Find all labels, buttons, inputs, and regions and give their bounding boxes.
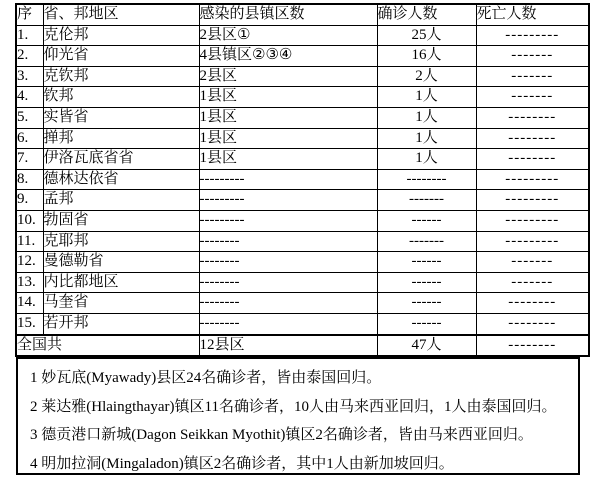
cell-districts: 2县区 <box>199 66 377 87</box>
cell-no: 10. <box>16 210 43 231</box>
cell-no: 9. <box>16 190 43 211</box>
table-row: 14.马奎省---------------------- <box>16 293 589 314</box>
table-body: 1.克伦邦2县区①25人---------2.仰光省4县镇区②③④16人----… <box>16 25 589 334</box>
cell-confirmed: 2人 <box>377 66 476 87</box>
cell-deaths: ------- <box>476 66 589 87</box>
cell-region: 克伦邦 <box>43 25 199 46</box>
table-row: 7.伊洛瓦底省省1县区1人-------- <box>16 149 589 170</box>
footnotes-box: 1 妙瓦底(Myawady)县区24名确诊者，皆由泰国回归。2 莱达雅(Hlai… <box>16 357 580 475</box>
cell-districts: 1县区 <box>199 107 377 128</box>
table-row: 10.勃固省------------------------ <box>16 210 589 231</box>
cell-confirmed: ------ <box>377 272 476 293</box>
cell-no: 1. <box>16 25 43 46</box>
cell-confirmed: 1人 <box>377 128 476 149</box>
cell-no: 8. <box>16 169 43 190</box>
footnote: 2 莱达雅(Hlaingthayar)镇区11名确诊者，10人由马来西亚回归，1… <box>30 393 574 422</box>
cell-districts: 4县镇区②③④ <box>199 46 377 67</box>
cell-region: 曼德勒省 <box>43 252 199 273</box>
cell-deaths: -------- <box>476 128 589 149</box>
cell-confirmed: ------ <box>377 252 476 273</box>
cell-region: 德林达依省 <box>43 169 199 190</box>
cell-region: 掸邦 <box>43 128 199 149</box>
cell-confirmed: 16人 <box>377 46 476 67</box>
cell-deaths: ------- <box>476 87 589 108</box>
cell-no: 3. <box>16 66 43 87</box>
cell-region: 孟邦 <box>43 190 199 211</box>
cell-no: 12. <box>16 252 43 273</box>
cell-no: 14. <box>16 293 43 314</box>
cell-deaths: ------- <box>476 46 589 67</box>
total-label: 全国共 <box>16 335 199 357</box>
cell-no: 2. <box>16 46 43 67</box>
table-row: 9.孟邦------------------------- <box>16 190 589 211</box>
cell-districts: --------- <box>199 190 377 211</box>
cell-districts: --------- <box>199 210 377 231</box>
cell-deaths: --------- <box>476 25 589 46</box>
cell-deaths: -------- <box>476 107 589 128</box>
cell-confirmed: ------ <box>377 210 476 231</box>
footnote: 1 妙瓦底(Myawady)县区24名确诊者，皆由泰国回归。 <box>30 364 574 393</box>
header-districts: 感染的县镇区数 <box>199 4 377 25</box>
cell-districts: -------- <box>199 313 377 334</box>
table-row: 5.实皆省1县区1人-------- <box>16 107 589 128</box>
cell-no: 6. <box>16 128 43 149</box>
cell-no: 4. <box>16 87 43 108</box>
cell-no: 13. <box>16 272 43 293</box>
cell-deaths: -------- <box>476 293 589 314</box>
header-confirmed: 确诊人数 <box>377 4 476 25</box>
header-deaths: 死亡人数 <box>476 4 589 25</box>
cell-deaths: --------- <box>476 210 589 231</box>
cell-region: 克耶邦 <box>43 231 199 252</box>
table-row: 4.钦邦1县区1人------- <box>16 87 589 108</box>
cell-districts: 1县区 <box>199 87 377 108</box>
table-row: 13.内比都地区--------------------- <box>16 272 589 293</box>
total-districts: 12县区 <box>199 335 377 357</box>
infection-stats-table: 序 省、邦地区 感染的县镇区数 确诊人数 死亡人数 1.克伦邦2县区①25人--… <box>15 3 590 357</box>
table-row: 12.曼德勒省--------------------- <box>16 252 589 273</box>
table-total-row: 全国共 12县区 47人 -------- <box>16 335 589 357</box>
cell-districts: -------- <box>199 252 377 273</box>
table-row: 6.掸邦1县区1人-------- <box>16 128 589 149</box>
header-no: 序 <box>16 4 43 25</box>
total-deaths: -------- <box>476 335 589 357</box>
table-row: 2.仰光省4县镇区②③④16人------- <box>16 46 589 67</box>
cell-region: 若开邦 <box>43 313 199 334</box>
cell-confirmed: 1人 <box>377 87 476 108</box>
cell-region: 钦邦 <box>43 87 199 108</box>
cell-confirmed: ------- <box>377 190 476 211</box>
cell-region: 勃固省 <box>43 210 199 231</box>
cell-confirmed: ------- <box>377 231 476 252</box>
cell-region: 伊洛瓦底省省 <box>43 149 199 170</box>
cell-no: 7. <box>16 149 43 170</box>
cell-districts: -------- <box>199 231 377 252</box>
document-page: 序 省、邦地区 感染的县镇区数 确诊人数 死亡人数 1.克伦邦2县区①25人--… <box>0 0 600 483</box>
table-row: 3.克钦邦2县区2人------- <box>16 66 589 87</box>
cell-districts: -------- <box>199 272 377 293</box>
cell-deaths: -------- <box>476 149 589 170</box>
cell-region: 内比都地区 <box>43 272 199 293</box>
cell-districts: 2县区① <box>199 25 377 46</box>
cell-deaths: --------- <box>476 169 589 190</box>
total-confirmed: 47人 <box>377 335 476 357</box>
cell-deaths: -------- <box>476 313 589 334</box>
table-row: 8.德林达依省-------------------------- <box>16 169 589 190</box>
cell-region: 仰光省 <box>43 46 199 67</box>
table-header-row: 序 省、邦地区 感染的县镇区数 确诊人数 死亡人数 <box>16 4 589 25</box>
footnote: 3 德贡港口新城(Dagon Seikkan Myothit)镇区2名确诊者，皆… <box>30 421 574 450</box>
cell-deaths: ------- <box>476 272 589 293</box>
cell-region: 克钦邦 <box>43 66 199 87</box>
cell-confirmed: 1人 <box>377 149 476 170</box>
cell-region: 实皆省 <box>43 107 199 128</box>
cell-deaths: --------- <box>476 190 589 211</box>
cell-districts: 1县区 <box>199 149 377 170</box>
table-row: 1.克伦邦2县区①25人--------- <box>16 25 589 46</box>
cell-deaths: --------- <box>476 231 589 252</box>
cell-confirmed: 25人 <box>377 25 476 46</box>
cell-confirmed: -------- <box>377 169 476 190</box>
cell-districts: --------- <box>199 169 377 190</box>
cell-no: 5. <box>16 107 43 128</box>
cell-confirmed: 1人 <box>377 107 476 128</box>
header-region: 省、邦地区 <box>43 4 199 25</box>
cell-deaths: ------- <box>476 252 589 273</box>
cell-no: 11. <box>16 231 43 252</box>
cell-districts: 1县区 <box>199 128 377 149</box>
cell-districts: -------- <box>199 293 377 314</box>
table-row: 15.若开邦---------------------- <box>16 313 589 334</box>
footnote: 4 明加拉洞(Mingaladon)镇区2名确诊者，其中1人由新加坡回归。 <box>30 450 574 479</box>
table-row: 11.克耶邦------------------------ <box>16 231 589 252</box>
cell-confirmed: ------ <box>377 293 476 314</box>
cell-confirmed: ------ <box>377 313 476 334</box>
cell-region: 马奎省 <box>43 293 199 314</box>
cell-no: 15. <box>16 313 43 334</box>
